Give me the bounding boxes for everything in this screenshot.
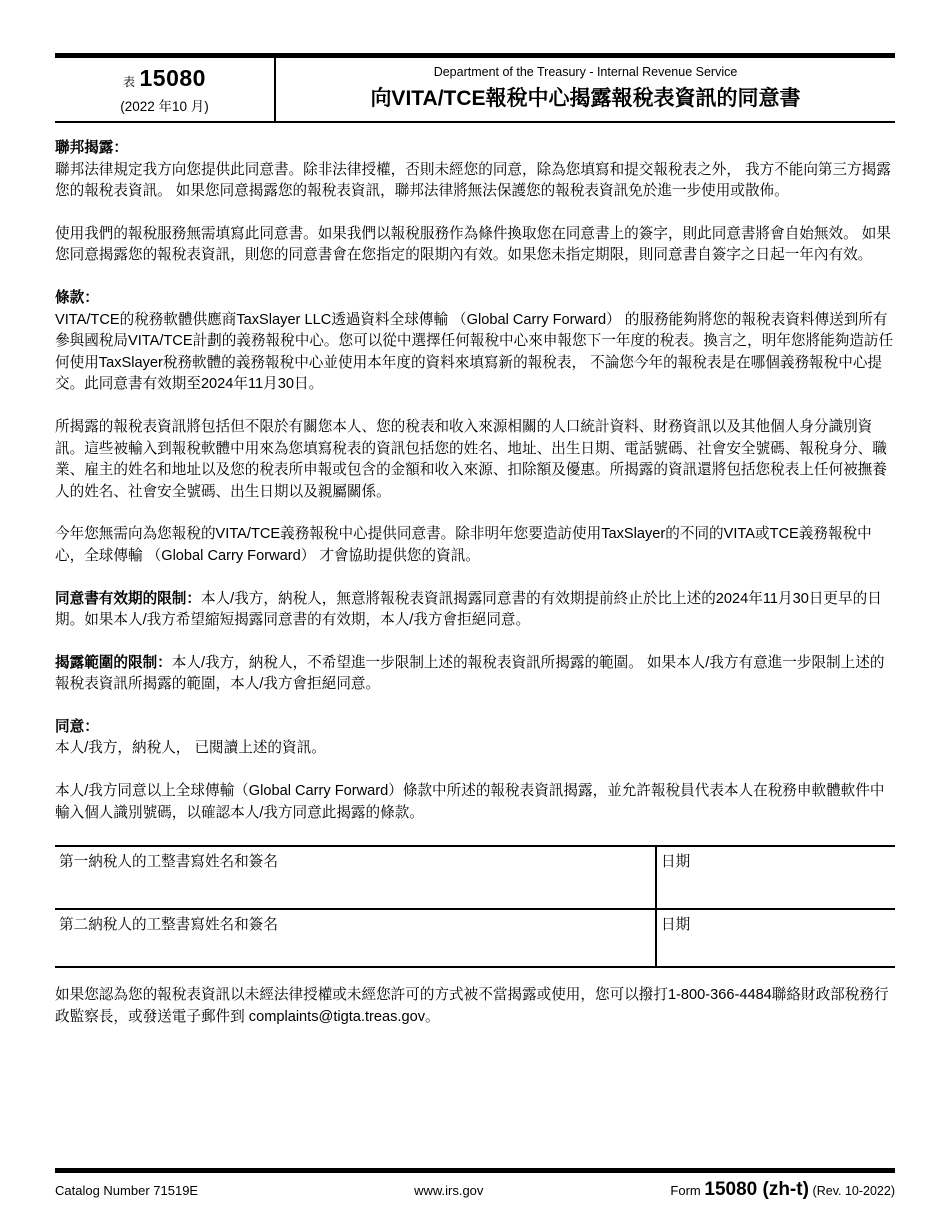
form-number: 15080 <box>140 65 206 91</box>
consent-heading: 同意： <box>55 717 895 739</box>
scope-limit-label: 揭露範圍的限制： <box>55 655 172 671</box>
federal-disclosure-paragraph-2: 使用我們的報稅服務無需填寫此同意書。如果我們以報稅服務作為條件換取您在同意書上的… <box>55 224 895 267</box>
terms-paragraph-2: 所揭露的報稅表資訊將包括但不限於有關您本人、您的稅表和收入來源相關的人口統計資料… <box>55 417 895 503</box>
form-content: 表 15080 (2022 年10 月) Department of the T… <box>55 53 895 1028</box>
scope-limit-paragraph: 揭露範圍的限制：本人/我方，納稅人，不希望進一步限制上述的報稅表資訊所揭露的範圍… <box>55 653 895 696</box>
footer-form-prefix: Form <box>670 1183 700 1198</box>
terms-heading: 條款： <box>55 288 895 310</box>
irs-website: www.irs.gov <box>318 1183 581 1198</box>
form-body: 聯邦揭露： 聯邦法律規定我方向您提供此同意書。除非法律授權，否則未經您的同意，除… <box>55 138 895 824</box>
complaint-contact-paragraph: 如果您認為您的報稅表資訊以未經法律授權或未經您許可的方式被不當揭露或使用，您可以… <box>55 985 895 1028</box>
footer-revision: (Rev. 10-2022) <box>813 1184 895 1198</box>
form-title-box: Department of the Treasury - Internal Re… <box>276 58 895 121</box>
signature-row-secondary: 第二納稅人的工整書寫姓名和簽名 日期 <box>55 909 895 967</box>
form-footer: Catalog Number 71519E www.irs.gov Form 1… <box>55 1168 895 1201</box>
department-line: Department of the Treasury - Internal Re… <box>282 65 889 79</box>
catalog-number: Catalog Number 71519E <box>55 1183 318 1198</box>
primary-taxpayer-date-cell: 日期 <box>656 846 895 909</box>
secondary-taxpayer-date-cell: 日期 <box>656 909 895 967</box>
scope-limit-text: 本人/我方，納稅人，不希望進一步限制上述的報稅表資訊所揭露的範圍。 如果本人/我… <box>55 655 884 693</box>
primary-taxpayer-name-signature-cell: 第一納稅人的工整書寫姓名和簽名 <box>55 846 656 909</box>
page-title: 向VITA/TCE報稅中心揭露報稅表資訊的同意書 <box>282 82 889 112</box>
form-15080-page: 表 15080 (2022 年10 月) Department of the T… <box>0 0 950 1230</box>
duration-limit-paragraph: 同意書有效期的限制：本人/我方，納稅人，無意將報稅表資訊揭露同意書的有效期提前終… <box>55 589 895 632</box>
federal-disclosure-paragraph-1: 聯邦法律規定我方向您提供此同意書。除非法律授權，否則未經您的同意，除為您填寫和提… <box>55 160 895 203</box>
footer-form-number: 15080 (zh-t) <box>704 1179 809 1200</box>
terms-paragraph-3: 今年您無需向為您報稅的VITA/TCE義務報稅中心提供同意書。除非明年您要造訪使… <box>55 524 895 567</box>
consent-paragraph-1: 本人/我方，納稅人， 已閱讀上述的資訊。 <box>55 738 895 760</box>
signature-table: 第一納稅人的工整書寫姓名和簽名 日期 第二納稅人的工整書寫姓名和簽名 日期 <box>55 845 895 968</box>
duration-limit-label: 同意書有效期的限制： <box>55 591 201 607</box>
consent-paragraph-2: 本人/我方同意以上全球傳輸（Global Carry Forward）條款中所述… <box>55 781 895 824</box>
form-number-box: 表 15080 (2022 年10 月) <box>55 58 276 121</box>
form-label: 表 <box>123 75 135 89</box>
signature-row-primary: 第一納稅人的工整書寫姓名和簽名 日期 <box>55 846 895 909</box>
footer-form-id: Form 15080 (zh-t) (Rev. 10-2022) <box>580 1179 895 1201</box>
form-number-line: 表 15080 <box>59 66 270 94</box>
form-revision-date: (2022 年10 月) <box>59 95 270 115</box>
form-header: 表 15080 (2022 年10 月) Department of the T… <box>55 53 895 123</box>
terms-paragraph-1: VITA/TCE的稅務軟體供應商TaxSlayer LLC透過資料全球傳輸 （G… <box>55 310 895 396</box>
secondary-taxpayer-name-signature-cell: 第二納稅人的工整書寫姓名和簽名 <box>55 909 656 967</box>
federal-disclosure-heading: 聯邦揭露： <box>55 138 895 160</box>
